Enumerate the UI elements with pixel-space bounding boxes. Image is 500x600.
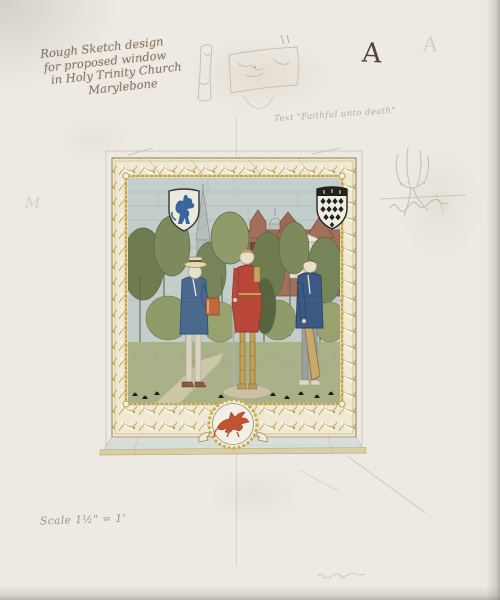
- reference-letter-a: A: [361, 38, 382, 70]
- photo-edge-shadow: [0, 586, 500, 600]
- gold-sleeve: [254, 267, 260, 282]
- faint-pencil-marks: [316, 566, 408, 582]
- photographed-sketch-sheet: Rough Sketch design for proposed window …: [0, 0, 500, 600]
- margin-letter-m: M: [25, 194, 40, 212]
- tulip-pencil-sketch: [380, 140, 468, 228]
- faint-letter-a: A: [423, 32, 438, 56]
- window-design-artwork: [98, 146, 368, 476]
- scale-annotation: Scale 1½" = 1': [40, 513, 126, 528]
- photo-edge-shadow: [486, 0, 500, 600]
- pencil-banner-sketches: [185, 33, 317, 115]
- pencil-arch-lines: [128, 148, 340, 155]
- stone-base: [223, 385, 271, 399]
- paper-stain: [210, 470, 300, 520]
